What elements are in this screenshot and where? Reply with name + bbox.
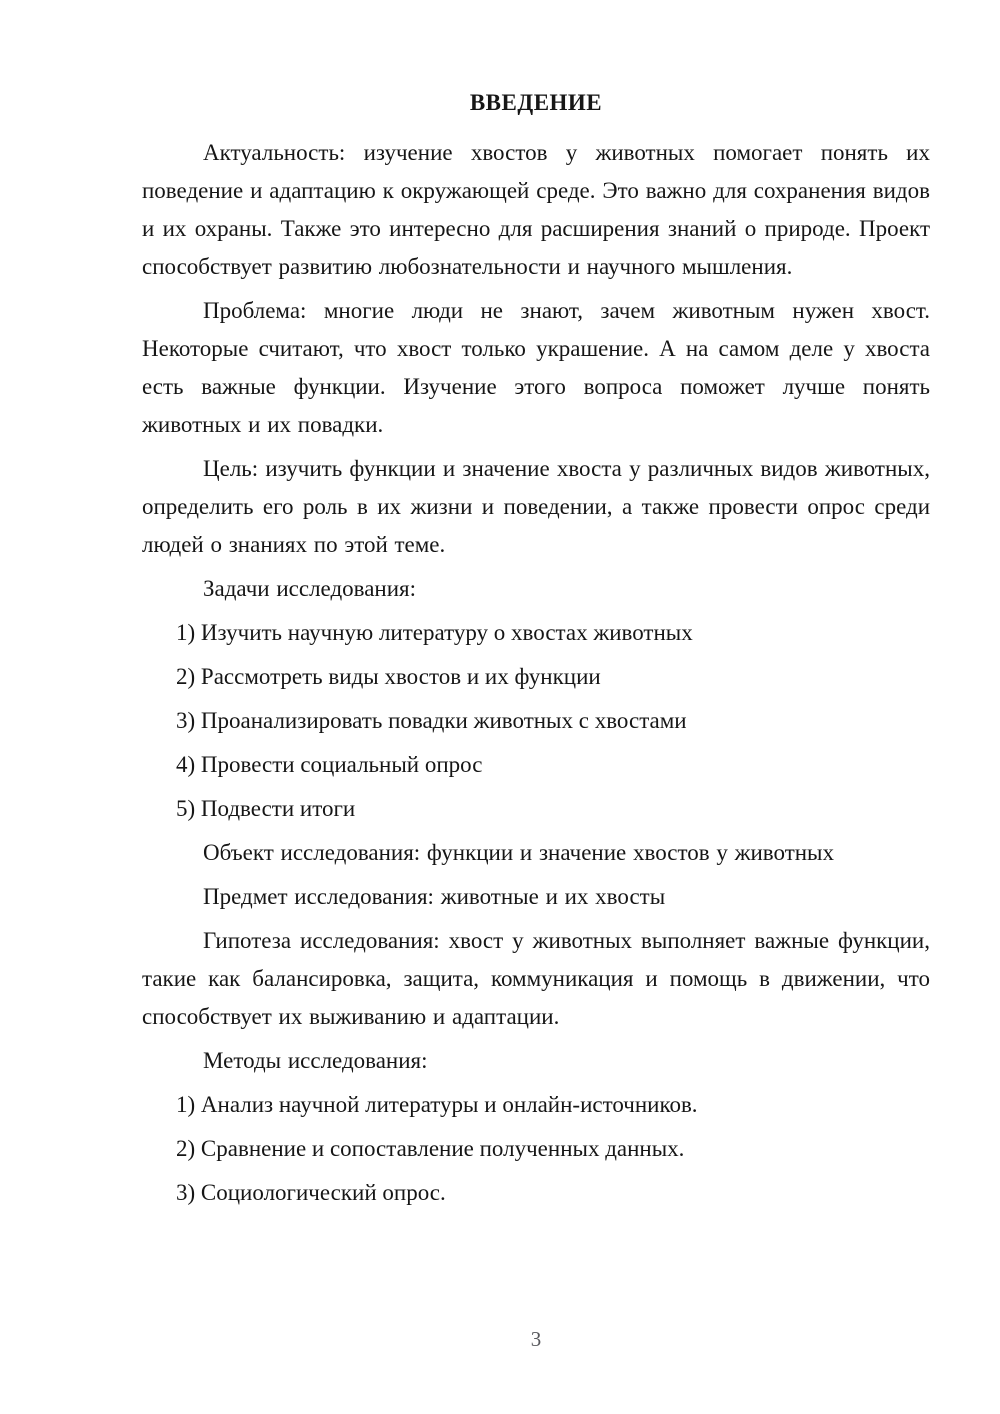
paragraph-tsel: Цель: изучить функции и значение хвоста … [142,450,930,564]
paragraph-predmet: Предмет исследования: животные и их хвос… [142,878,930,916]
task-list-item-4: 4) Провести социальный опрос [176,746,930,784]
method-list-item-2: 2) Сравнение и сопоставление полученных … [176,1130,930,1168]
task-list-item-3: 3) Проанализировать повадки животных с х… [176,702,930,740]
document-body: ВВЕДЕНИЕ Актуальность: изучение хвостов … [0,0,1000,1212]
task-list-item-2: 2) Рассмотреть виды хвостов и их функции [176,658,930,696]
paragraph-gipoteza: Гипотеза исследования: хвост у животных … [142,922,930,1036]
page-title: ВВЕДЕНИЕ [142,84,930,122]
paragraph-aktualnost: Актуальность: изучение хвостов у животны… [142,134,930,286]
task-list-item-1: 1) Изучить научную литературу о хвостах … [176,614,930,652]
paragraph-obekt: Объект исследования: функции и значение … [142,834,930,872]
tasks-heading: Задачи исследования: [142,570,930,608]
document-page: ВВЕДЕНИЕ Актуальность: изучение хвостов … [0,0,1000,1414]
method-list-item-1: 1) Анализ научной литературы и онлайн-ис… [176,1086,930,1124]
method-list-item-3: 3) Социологический опрос. [176,1174,930,1212]
paragraph-problema: Проблема: многие люди не знают, зачем жи… [142,292,930,444]
methods-heading: Методы исследования: [142,1042,930,1080]
page-number: 3 [142,1324,930,1354]
task-list-item-5: 5) Подвести итоги [176,790,930,828]
